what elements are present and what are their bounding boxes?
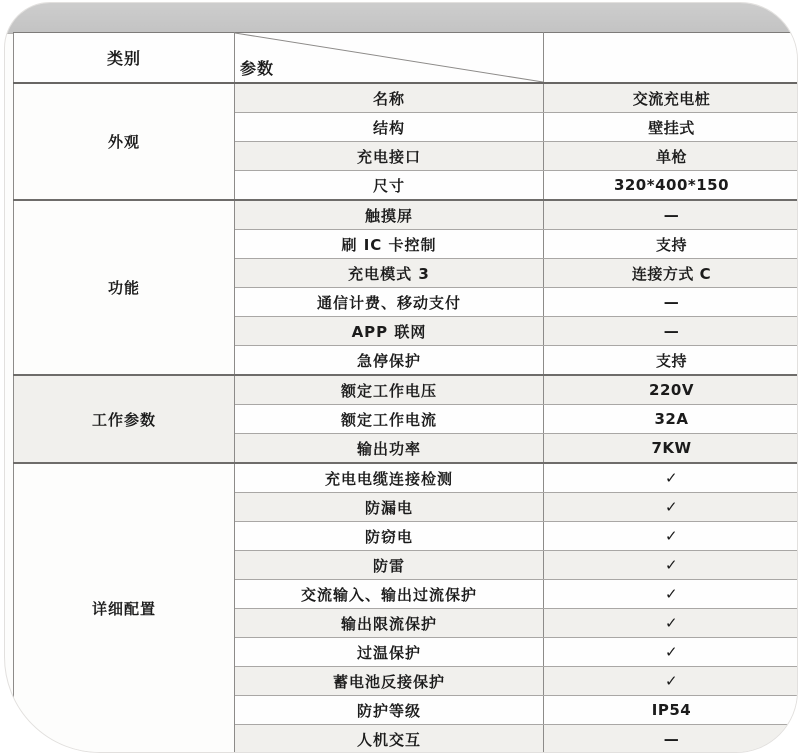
value-cell: — [544,725,799,754]
category-cell-detailed-config: 详细配置 [14,463,235,753]
value-cell: 连接方式 C [544,259,799,288]
table-row: 详细配置 充电电缆连接检测 ✓ [14,463,799,493]
value-cell: 320*400*150 [544,171,799,201]
param-cell: 输出功率 [235,434,544,464]
value-cell: — [544,317,799,346]
category-cell-working-params: 工作参数 [14,375,235,463]
header-parameter-cell: 参数 [235,33,544,84]
value-cell: ✓ [544,463,799,493]
param-cell: 防雷 [235,551,544,580]
param-cell: 名称 [235,83,544,113]
param-cell: 输出限流保护 [235,609,544,638]
category-cell-function: 功能 [14,200,235,375]
param-cell: 防窃电 [235,522,544,551]
table-row: 工作参数 额定工作电压 220V [14,375,799,405]
value-cell: ✓ [544,609,799,638]
header-parameter-label: 参数 [240,56,274,79]
table-row: 功能 触摸屏 — [14,200,799,230]
param-cell: 通信计费、移动支付 [235,288,544,317]
value-cell: 7KW [544,434,799,464]
param-cell: 交流输入、输出过流保护 [235,580,544,609]
value-cell: 壁挂式 [544,113,799,142]
card-top-band [5,3,797,34]
param-cell: 防漏电 [235,493,544,522]
value-cell: — [544,288,799,317]
value-cell: 单枪 [544,142,799,171]
param-cell: 充电电缆连接检测 [235,463,544,493]
header-category-cell: 类别 [14,33,235,84]
spec-table: 类别 参数 外观 名称 交流充电桩 结构 壁挂式 [13,32,798,753]
value-cell: ✓ [544,638,799,667]
table-header-row: 类别 参数 [14,33,799,84]
param-cell: 触摸屏 [235,200,544,230]
param-cell: 额定工作电压 [235,375,544,405]
value-cell: ✓ [544,522,799,551]
spec-card: 类别 参数 外观 名称 交流充电桩 结构 壁挂式 [4,2,798,753]
value-cell: ✓ [544,551,799,580]
value-cell: 220V [544,375,799,405]
value-cell: IP54 [544,696,799,725]
param-cell: APP 联网 [235,317,544,346]
header-value-cell [544,33,799,84]
param-cell: 结构 [235,113,544,142]
value-cell: ✓ [544,580,799,609]
param-cell: 过温保护 [235,638,544,667]
param-cell: 尺寸 [235,171,544,201]
param-cell: 刷 IC 卡控制 [235,230,544,259]
param-cell: 防护等级 [235,696,544,725]
category-cell-appearance: 外观 [14,83,235,200]
param-cell: 急停保护 [235,346,544,376]
value-cell: 支持 [544,230,799,259]
param-cell: 蓄电池反接保护 [235,667,544,696]
value-cell: 32A [544,405,799,434]
table-row: 外观 名称 交流充电桩 [14,83,799,113]
param-cell: 人机交互 [235,725,544,754]
value-cell: ✓ [544,667,799,696]
header-diagonal-divider [235,33,543,82]
value-cell: — [544,200,799,230]
value-cell: 交流充电桩 [544,83,799,113]
value-cell: ✓ [544,493,799,522]
param-cell: 充电接口 [235,142,544,171]
value-cell: 支持 [544,346,799,376]
param-cell: 充电模式 3 [235,259,544,288]
param-cell: 额定工作电流 [235,405,544,434]
